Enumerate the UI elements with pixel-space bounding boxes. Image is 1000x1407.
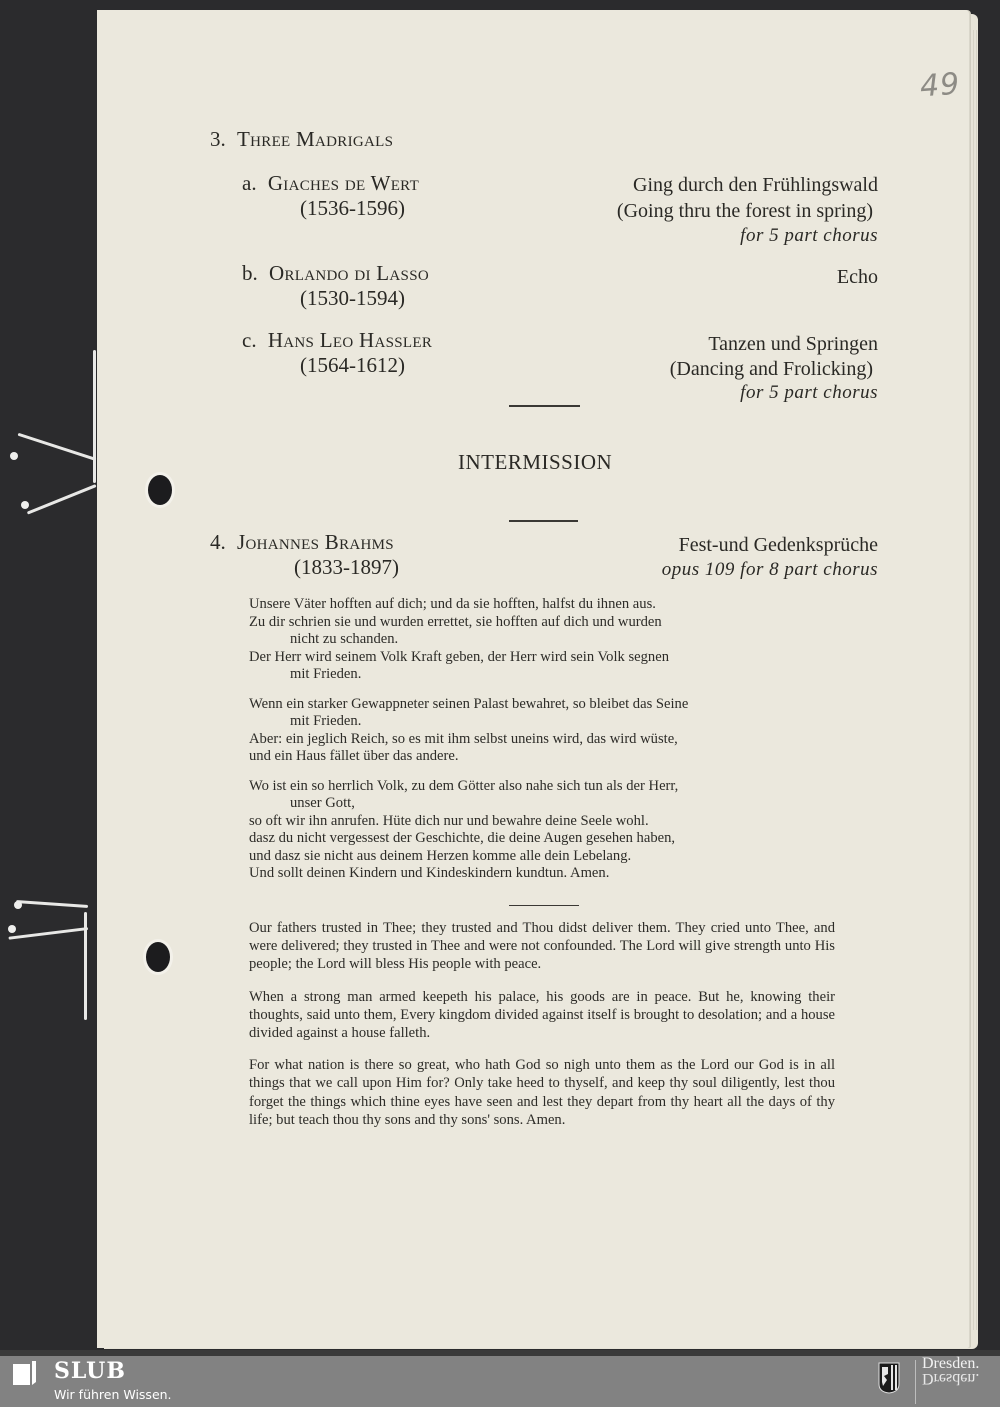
divider-rule bbox=[509, 905, 579, 906]
item-a-years: (1536-1596) bbox=[300, 196, 405, 221]
slub-brand[interactable]: SLUB bbox=[54, 1358, 126, 1384]
section-4-heading: 4. Johannes Brahms bbox=[210, 530, 394, 555]
item-c-composer: c. Hans Leo Hassler bbox=[242, 328, 432, 353]
binding-string bbox=[93, 350, 96, 483]
slub-tagline: Wir führen Wissen. bbox=[54, 1387, 172, 1402]
lyric-line: Und sollt deinen Kindern und Kindeskinde… bbox=[249, 865, 837, 883]
lyric-line: Der Herr wird seinem Volk Kraft geben, d… bbox=[249, 649, 837, 667]
string-end bbox=[8, 925, 16, 933]
item-c-scoring: for 5 part chorus bbox=[740, 382, 878, 404]
composer-name: Johannes Brahms bbox=[237, 530, 394, 554]
german-lyrics: Unsere Väter hofften auf dich; und da si… bbox=[249, 596, 837, 883]
item-b-composer: b. Orlando di Lasso bbox=[242, 261, 429, 286]
section-title: Three Madrigals bbox=[237, 127, 393, 151]
item-letter: a. bbox=[242, 171, 257, 195]
item-a-composer: a. Giaches de Wert bbox=[242, 171, 419, 196]
item-b-years: (1530-1594) bbox=[300, 286, 405, 311]
lyric-line: Wo ist ein so herrlich Volk, zu dem Gött… bbox=[249, 778, 837, 796]
string-end bbox=[14, 901, 22, 909]
divider-rule bbox=[509, 405, 580, 407]
item-letter: b. bbox=[242, 261, 258, 285]
dresden-logo[interactable]: Dresden. Dresden. bbox=[922, 1357, 979, 1385]
intermission-heading: INTERMISSION bbox=[458, 450, 612, 475]
section-number: 4. bbox=[210, 530, 226, 554]
lyric-line: mit Frieden. bbox=[249, 666, 837, 684]
dresden-crest-icon bbox=[878, 1362, 900, 1394]
section-4-years: (1833-1897) bbox=[294, 555, 399, 580]
english-paragraph: For what nation is there so great, who h… bbox=[249, 1056, 835, 1129]
item-c-translation: (Dancing and Frolicking) bbox=[670, 358, 873, 381]
lyric-line: dasz du nicht vergessest der Geschichte,… bbox=[249, 830, 837, 848]
composer-name: Giaches de Wert bbox=[268, 171, 419, 195]
punch-hole bbox=[148, 475, 172, 505]
lyric-line: und dasz sie nicht aus deinem Herzen kom… bbox=[249, 848, 837, 866]
lyric-line: Wenn ein starker Gewappneter seinen Pala… bbox=[249, 696, 837, 714]
lyric-line: und ein Haus fället über das andere. bbox=[249, 748, 837, 766]
section-number: 3. bbox=[210, 127, 226, 151]
section-4-scoring: opus 109 for 8 part chorus bbox=[662, 559, 878, 581]
item-c-title: Tanzen und Springen bbox=[708, 333, 878, 356]
item-a-scoring: for 5 part chorus bbox=[740, 225, 878, 247]
lyric-line: nicht zu schanden. bbox=[249, 631, 837, 649]
english-paragraph: Our fathers trusted in Thee; they truste… bbox=[249, 919, 835, 974]
footer-divider bbox=[915, 1360, 916, 1404]
punch-hole bbox=[146, 942, 170, 972]
slub-book-icon bbox=[10, 1360, 40, 1386]
dresden-wordmark-reflection: Dresden. bbox=[922, 1371, 979, 1385]
item-letter: c. bbox=[242, 328, 257, 352]
footer-bar: SLUB Wir führen Wissen. Dresden. Dresden… bbox=[0, 1356, 1000, 1407]
section-3-heading: 3. Three Madrigals bbox=[210, 127, 393, 152]
page-edge-line bbox=[973, 30, 974, 1330]
item-a-title: Ging durch den Frühlingswald bbox=[633, 174, 878, 197]
item-c-years: (1564-1612) bbox=[300, 353, 405, 378]
divider-rule bbox=[509, 520, 578, 522]
composer-name: Hans Leo Hassler bbox=[268, 328, 432, 352]
string-end bbox=[21, 501, 29, 509]
item-b-title: Echo bbox=[837, 266, 878, 289]
string-end bbox=[10, 452, 18, 460]
english-paragraph: When a strong man armed keepeth his pala… bbox=[249, 988, 835, 1043]
item-a-translation: (Going thru the forest in spring) bbox=[617, 200, 873, 223]
page-edge-line bbox=[976, 30, 977, 1330]
german-stanza-1: Unsere Väter hofften auf dich; und da si… bbox=[249, 596, 837, 684]
composer-name: Orlando di Lasso bbox=[269, 261, 429, 285]
lyric-line: mit Frieden. bbox=[249, 713, 837, 731]
lyric-line: unser Gott, bbox=[249, 795, 837, 813]
english-translation: Our fathers trusted in Thee; they truste… bbox=[249, 919, 835, 1143]
german-stanza-2: Wenn ein starker Gewappneter seinen Pala… bbox=[249, 696, 837, 766]
lyric-line: Aber: ein jeglich Reich, so es mit ihm s… bbox=[249, 731, 837, 749]
section-4-title: Fest-und Gedenksprüche bbox=[679, 534, 878, 557]
lyric-line: Zu dir schrien sie und wurden errettet, … bbox=[249, 614, 837, 632]
lyric-line: Unsere Väter hofften auf dich; und da si… bbox=[249, 596, 837, 614]
german-stanza-3: Wo ist ein so herrlich Volk, zu dem Gött… bbox=[249, 778, 837, 883]
lyric-line: so oft wir ihn anrufen. Hüte dich nur un… bbox=[249, 813, 837, 831]
handwritten-folio-number: 49 bbox=[919, 67, 962, 105]
